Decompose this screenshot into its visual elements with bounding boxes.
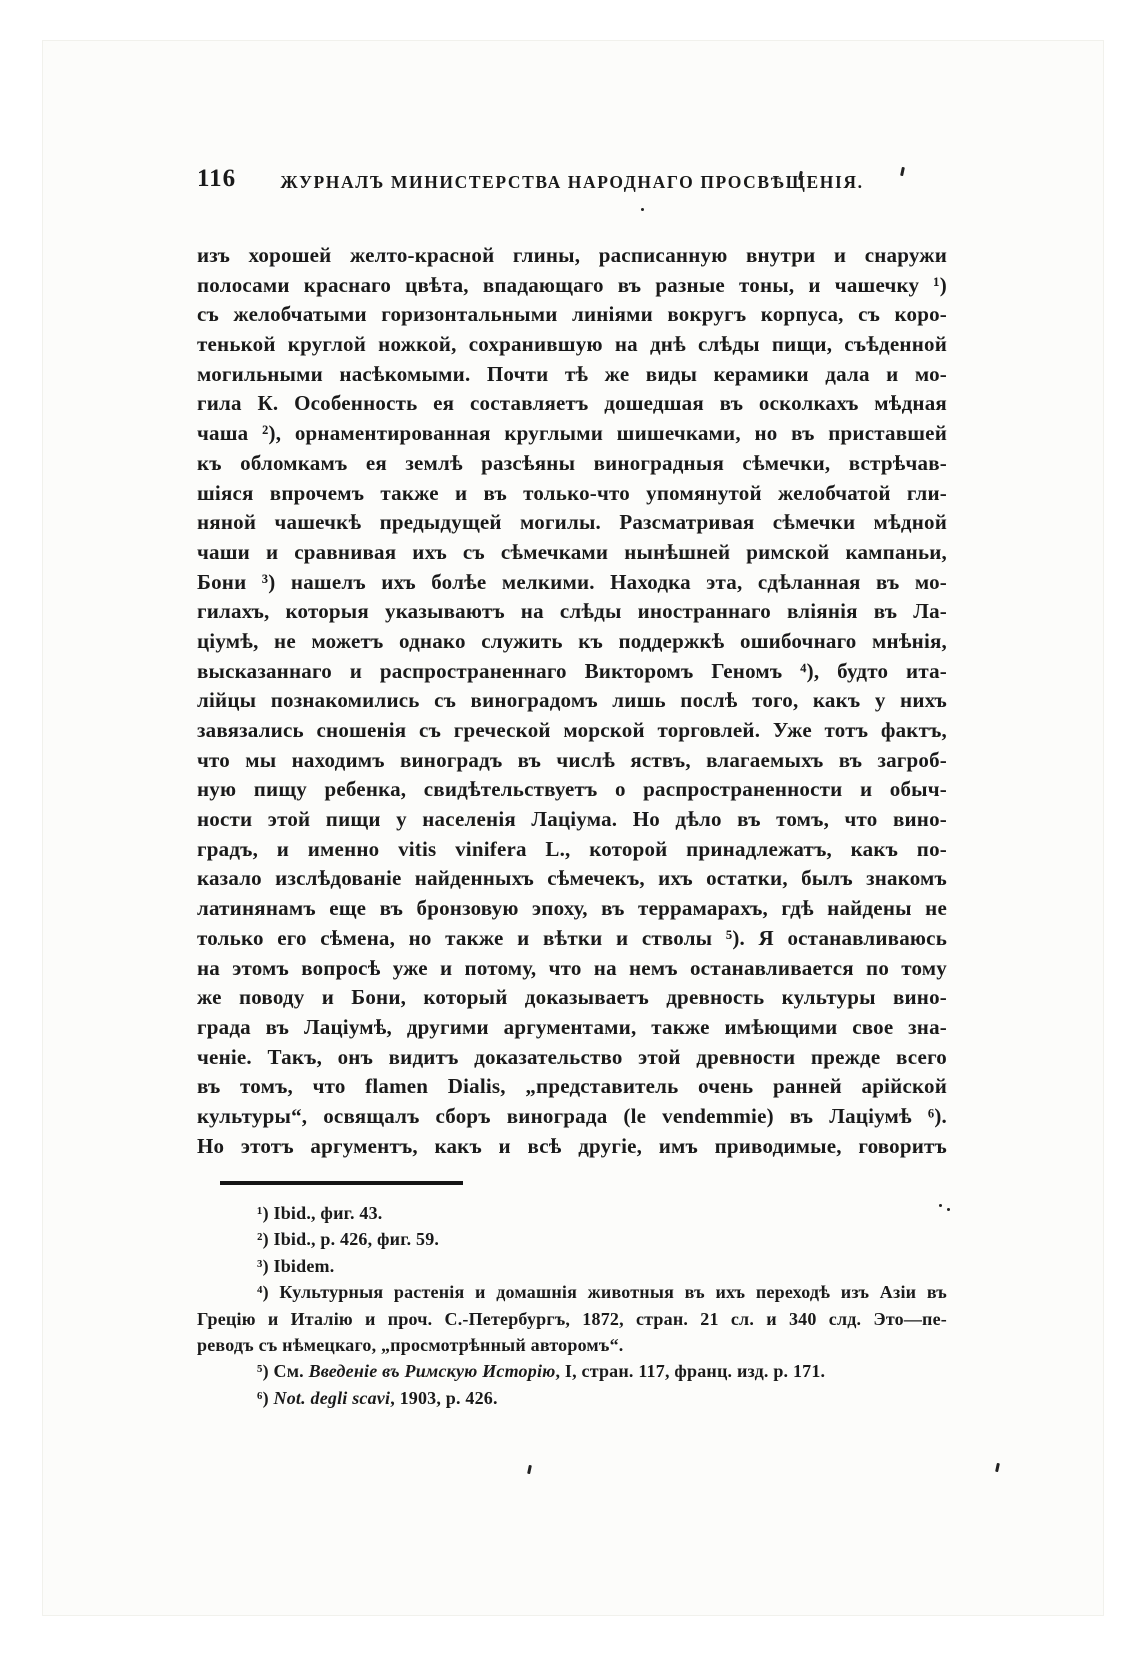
footnote-2: ²) Ibid., p. 426, фиг. 59.: [197, 1226, 947, 1252]
text-line: же поводу и Бони, который доказываетъ др…: [197, 983, 947, 1013]
text-line: Но этотъ аргументъ, какъ и всѣ другіе, и…: [197, 1132, 947, 1162]
text-line: могильными насѣкомыми. Почти тѣ же виды …: [197, 360, 947, 390]
text-line: ности этой пищи у населенія Лаціума. Но …: [197, 805, 947, 835]
body-text: изъ хорошей желто-красной глины, расписа…: [197, 241, 947, 1161]
text-line: гила К. Особенность ея составляетъ дошед…: [197, 389, 947, 419]
text-line: ціумѣ, не можетъ однако служить къ подде…: [197, 627, 947, 657]
text-line: казало изслѣдованіе найденныхъ сѣмечекъ,…: [197, 864, 947, 894]
footnote-4-line-2: Грецію и Италію и проч. С.-Петербургъ, 1…: [197, 1306, 947, 1332]
text-line: латинянамъ еще въ бронзовую эпоху, въ те…: [197, 894, 947, 924]
text-line: няной чашечкѣ предыдущей могилы. Разсмат…: [197, 508, 947, 538]
text-line: шіяся впрочемъ также и въ только-что упо…: [197, 479, 947, 509]
scan-artifact: [995, 1463, 1000, 1472]
scan-artifact: [527, 1465, 532, 1474]
footnote-separator-rule: [220, 1181, 463, 1185]
footnote-3: ³) Ibidem.: [197, 1253, 947, 1279]
footnote-5: ⁵) См. Введеніе въ Римскую Исторію, I, с…: [197, 1358, 947, 1384]
footnote-1: ¹) Ibid., фиг. 43.: [197, 1200, 947, 1226]
text-line: града въ Лаціумѣ, другими аргументами, т…: [197, 1013, 947, 1043]
text-line: изъ хорошей желто-красной глины, расписа…: [197, 241, 947, 271]
text-line: ченіе. Такъ, онъ видитъ доказательство э…: [197, 1043, 947, 1073]
text-line: ную пищу ребенка, свидѣтельствуетъ о рас…: [197, 775, 947, 805]
text-line: гилахъ, которыя указываютъ на слѣды инос…: [197, 597, 947, 627]
scan-artifact: [939, 1204, 942, 1207]
footnote-4-line-3: реводъ съ нѣмецкаго, „просмотрѣнный авто…: [197, 1332, 947, 1358]
journal-title: ЖУРНАЛЪ МИНИСТЕРСТВА НАРОДНАГО ПРОСВѢЩЕН…: [197, 172, 947, 193]
footnote-5-reference: , I, стран. 117, франц. изд. p. 171.: [556, 1361, 826, 1381]
footnote-5-marker: ⁵) См.: [257, 1361, 309, 1381]
footnote-4-line-1: ⁴) Культурныя растенія и домашнія животн…: [197, 1279, 947, 1305]
text-line: на этомъ вопросѣ уже и потому, что на не…: [197, 954, 947, 984]
text-line: градъ, и именно vitis vinifera L., котор…: [197, 835, 947, 865]
text-line: чаши и сравнивая ихъ съ сѣмечками нынѣшн…: [197, 538, 947, 568]
footnotes: ¹) Ibid., фиг. 43. ²) Ibid., p. 426, фиг…: [197, 1200, 947, 1411]
text-line: высказаннаго и распространеннаго Викторо…: [197, 657, 947, 687]
scan-artifact: [641, 208, 644, 211]
footnote-6: ⁶) Not. degli scavi, 1903, p. 426.: [197, 1385, 947, 1411]
text-line: завязались сношенія съ греческой морской…: [197, 716, 947, 746]
text-line: съ желобчатыми горизонтальными линіями в…: [197, 300, 947, 330]
text-line: полосами краснаго цвѣта, впадающаго въ р…: [197, 271, 947, 301]
page-sheet: 116 ЖУРНАЛЪ МИНИСТЕРСТВА НАРОДНАГО ПРОСВ…: [42, 40, 1104, 1616]
text-line: тенькой круглой ножкой, сохранившую на д…: [197, 330, 947, 360]
text-line: только его сѣмена, но также и вѣтки и ст…: [197, 924, 947, 954]
text-line: лійцы познакомились съ виноградомъ лишь …: [197, 686, 947, 716]
text-line: въ томъ, что flamen Dialis, „представите…: [197, 1072, 947, 1102]
footnote-6-cited-title: Not. degli scavi: [274, 1388, 391, 1408]
text-line: культуры“, освящалъ сборъ винограда (le …: [197, 1102, 947, 1132]
text-line: Бони ³) нашелъ ихъ болѣе мелкими. Находк…: [197, 568, 947, 598]
footnote-6-reference: , 1903, p. 426.: [390, 1388, 498, 1408]
text-line: чаша ²), орнаментированная круглыми шише…: [197, 419, 947, 449]
text-line: къ обломкамъ ея землѣ разсѣяны виноградн…: [197, 449, 947, 479]
footnote-6-marker: ⁶): [257, 1388, 274, 1408]
text-line: что мы находимъ виноградъ въ числѣ яствъ…: [197, 746, 947, 776]
footnote-5-cited-title: Введеніе въ Римскую Исторію: [309, 1361, 556, 1381]
scan-artifact: [947, 1208, 950, 1211]
